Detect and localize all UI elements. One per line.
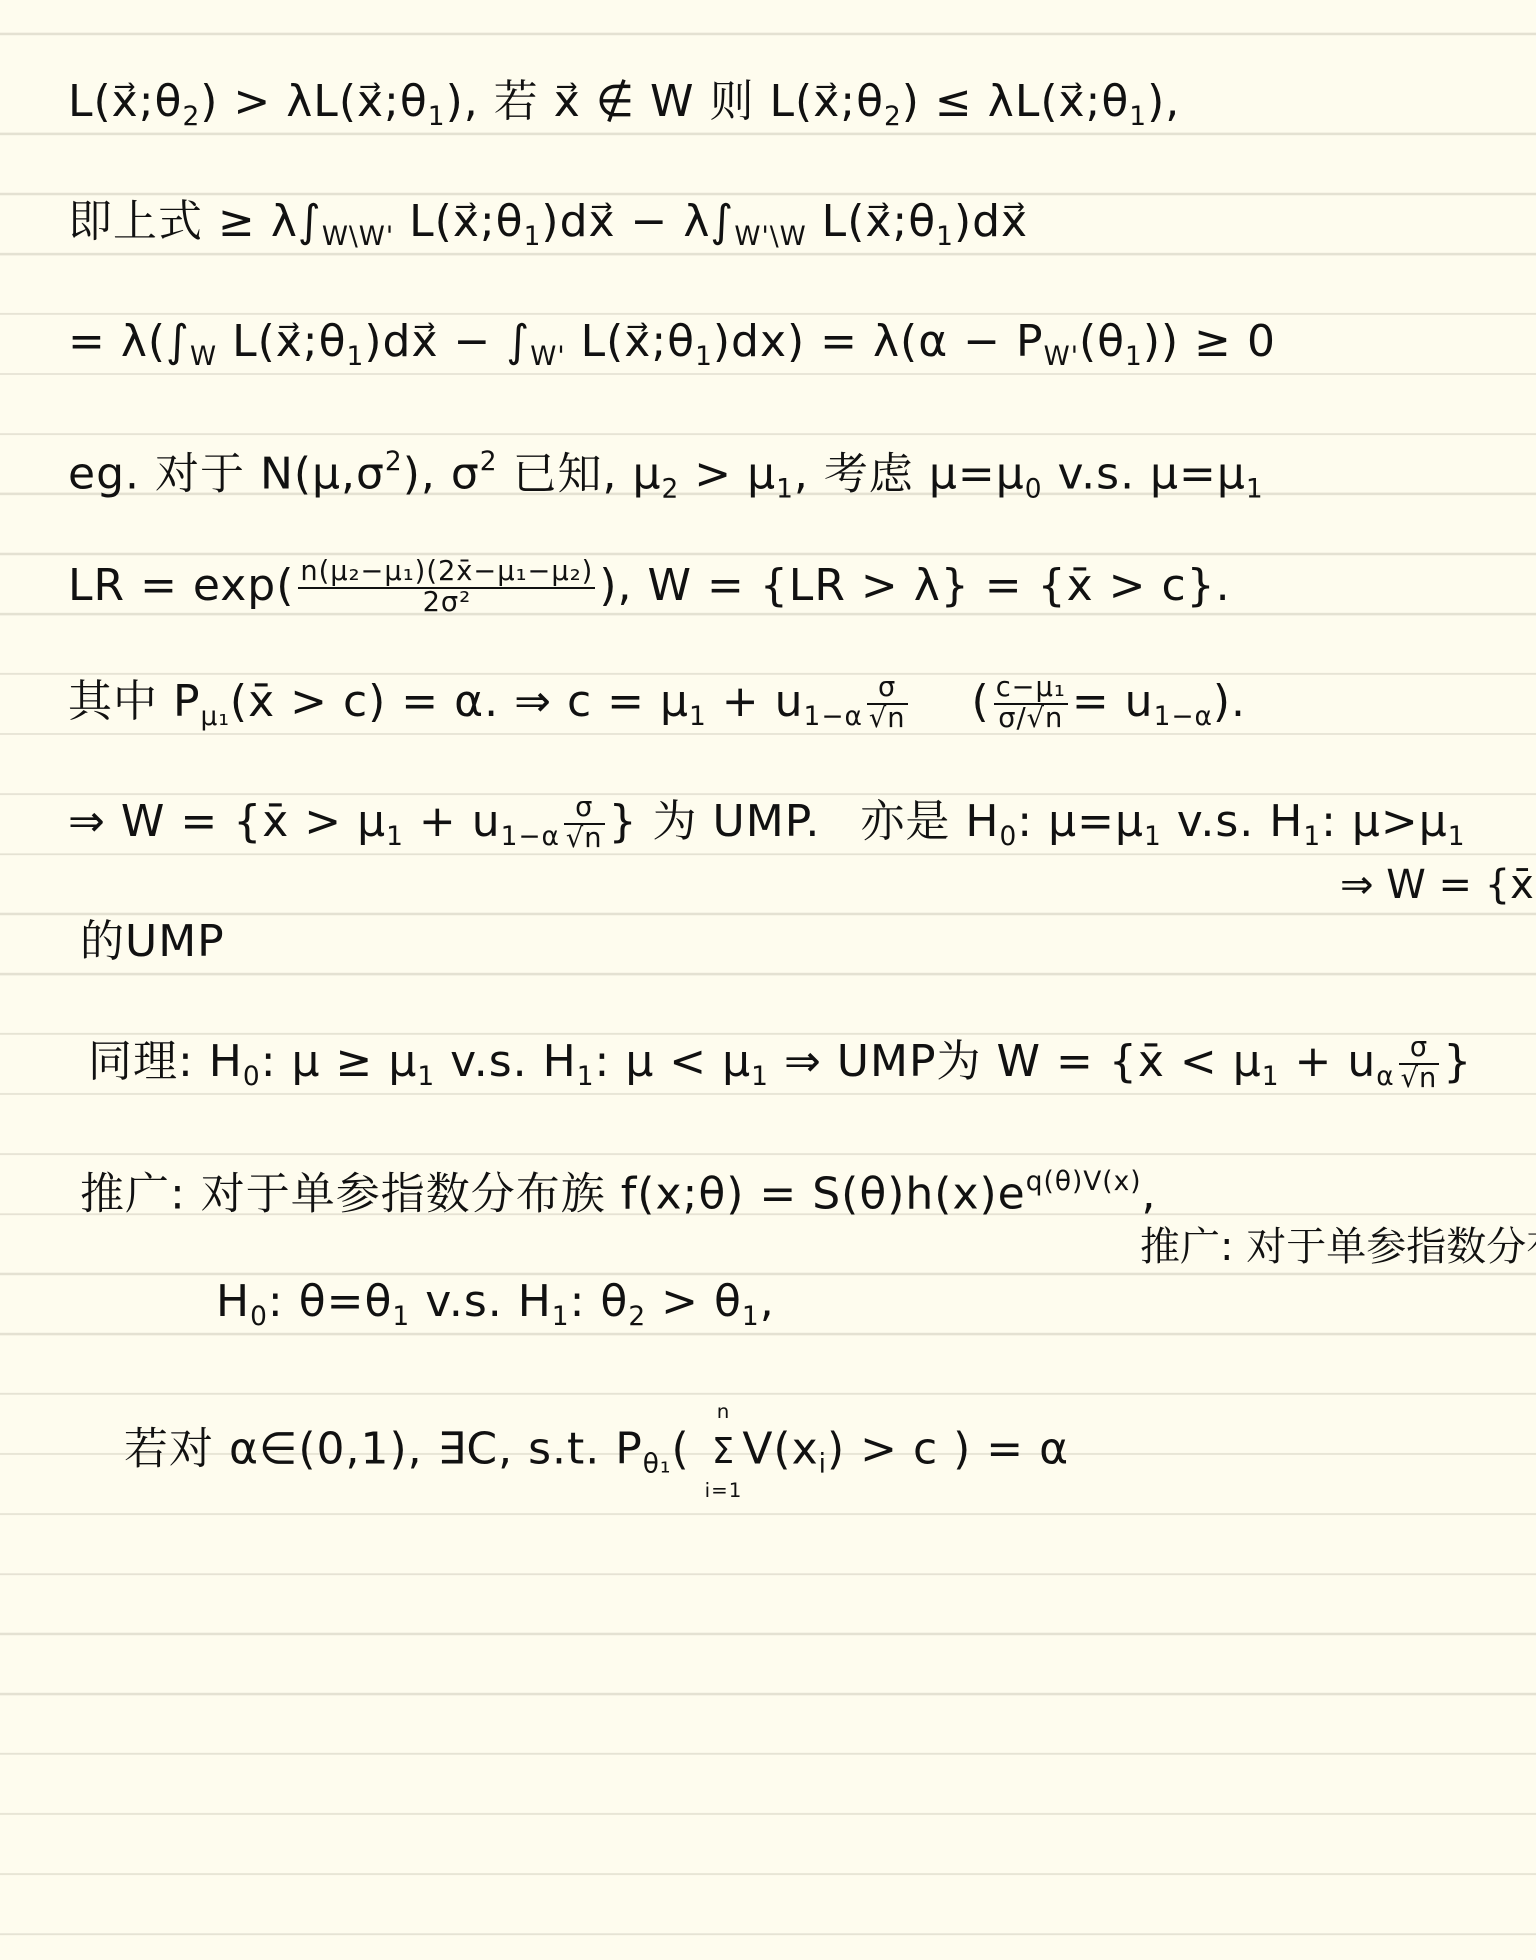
sum-upper-limit: n (717, 1392, 731, 1432)
note-line-9: 同理: H0: μ ≥ μ1 v.s. H1: μ < μ1 ⇒ UMP为 W … (88, 1032, 1472, 1107)
subscript: 1 (1448, 821, 1466, 852)
note-line-10-annotation: 推广: 对于单参指数分布族 f(x;θ) = S(θ)h(x)e^{q(θ)V(… (1140, 1222, 1536, 1272)
note-line-8: 的UMP (80, 912, 225, 972)
subscript: 2 (661, 474, 679, 505)
subscript: 2 (884, 101, 902, 132)
math-text: : θ (570, 1276, 629, 1327)
subscript: 0 (250, 1301, 268, 1332)
math-text: 同理: H (88, 1036, 243, 1087)
subscript: W' (1044, 341, 1079, 372)
subscript: 1 (386, 821, 404, 852)
math-text: : θ=θ (268, 1276, 393, 1327)
note-line-2: 即上式 ≥ λ∫W\W' L(x⃗;θ1)dx⃗ − λ∫W'\W L(x⃗;θ… (68, 192, 1028, 267)
note-line-1: L(x⃗;θ2) > λL(x⃗;θ1), 若 x⃗ ∉ W 则 L(x⃗;θ2… (68, 72, 1180, 147)
math-text: ( (672, 1423, 705, 1474)
math-text: L(x⃗;θ (68, 76, 182, 127)
math-text: v.s. μ=μ (1043, 448, 1246, 499)
math-text: : μ < μ (595, 1036, 752, 1087)
integral-domain: W\W' (322, 221, 394, 252)
math-text: )) ≥ 0 (1143, 316, 1276, 367)
subscript: 2 (182, 101, 200, 132)
math-text: > θ (646, 1276, 742, 1327)
math-text: , 考虑 μ=μ (794, 448, 1025, 499)
note-line-4: eg. 对于 N(μ,σ2), σ2 已知, μ2 > μ1, 考虑 μ=μ0 … (68, 432, 1264, 520)
math-text: L(x⃗;θ (217, 316, 346, 367)
denominator: √n (1399, 1065, 1440, 1094)
subscript: 1 (417, 1061, 435, 1092)
math-text: v.s. H (1162, 796, 1304, 847)
numerator: σ (564, 794, 605, 825)
math-text: 若对 α∈(0,1), ∃C, s.t. P (124, 1423, 643, 1474)
math-text: = u (1072, 676, 1154, 727)
math-text: + u (404, 796, 501, 847)
subscript: 1 (1246, 474, 1264, 505)
math-text: L(x⃗;θ (566, 316, 695, 367)
math-text: 推广: 对于单参指数分布族 f(x;θ) = S(θ)h(x)e (80, 1168, 1026, 1219)
subscript: 1 (936, 221, 954, 252)
math-text: ( (972, 676, 990, 727)
subscript: 1 (689, 701, 707, 732)
math-text: ), σ (403, 448, 480, 499)
math-text: , (760, 1276, 775, 1327)
math-text: , (1142, 1168, 1157, 1219)
fraction: n(μ₂−μ₁)(2x̄−μ₁−μ₂)2σ² (298, 558, 595, 617)
math-text: + u (707, 676, 804, 727)
subscript: i (819, 1449, 827, 1480)
ruled-paper-background (0, 0, 1536, 1960)
math-text: ), W = {LR > λ} = {x̄ > c}. (599, 560, 1230, 611)
math-text: (θ (1079, 316, 1125, 367)
math-text: : μ ≥ μ (261, 1036, 418, 1087)
note-line-12: 若对 α∈(0,1), ∃C, s.t. Pθ₁( nΣi=1V(xi) > c… (124, 1392, 1069, 1511)
superscript: 2 (480, 446, 498, 477)
math-text: : μ>μ (1321, 796, 1448, 847)
note-line-5: LR = exp(n(μ₂−μ₁)(2x̄−μ₁−μ₂)2σ²), W = {L… (68, 556, 1231, 618)
note-line-7-continuation: ⇒ W = {x̄ > μ₁ + u_{1−α} σ/√n} 为 UMP. 亦是… (1340, 860, 1536, 910)
math-text: ) > λL(x⃗;θ (200, 76, 428, 127)
subscript: 1 (742, 1301, 760, 1332)
math-text: + u (1280, 1036, 1377, 1087)
sum-lower-limit: i=1 (705, 1471, 743, 1511)
subscript: 1 (524, 221, 542, 252)
subscript: 1 (1144, 821, 1162, 852)
math-text: ), (1147, 76, 1180, 127)
integral-domain: W'\W (734, 221, 806, 252)
fraction: σ√n (1399, 1034, 1440, 1093)
subscript: 1−α (1154, 701, 1213, 732)
math-text: ) > c ) = α (827, 1423, 1069, 1474)
math-text: v.s. H (435, 1036, 577, 1087)
superscript: 2 (385, 446, 403, 477)
subscript: 1 (552, 1301, 570, 1332)
math-text: ). (1213, 676, 1246, 727)
denominator: √n (564, 825, 605, 854)
subscript: 1 (392, 1301, 410, 1332)
subscript: 1 (428, 101, 446, 132)
fraction: σ√n (867, 674, 908, 733)
subscript: 0 (243, 1061, 261, 1092)
denominator: σ/√n (994, 705, 1068, 734)
math-text: ) ≤ λL(x⃗;θ (902, 76, 1130, 127)
math-text: ⇒ UMP为 W = {x̄ < μ (769, 1036, 1262, 1087)
summation: nΣi=1 (705, 1392, 743, 1511)
subscript: 1 (577, 1061, 595, 1092)
math-text: ⇒ W = {x̄ > μ (68, 796, 386, 847)
math-text: } (1443, 1036, 1472, 1087)
math-text: (x̄ > c) = α. ⇒ c = μ (230, 676, 689, 727)
math-text: eg. 对于 N(μ,σ (68, 448, 385, 499)
subscript: α (1376, 1061, 1394, 1092)
subscript: μ₁ (201, 701, 230, 732)
note-line-3: = λ(∫W L(x⃗;θ1)dx⃗ − ∫W' L(x⃗;θ1)dx) = λ… (68, 312, 1276, 387)
math-text: } 为 UMP. (609, 796, 821, 847)
math-text: = λ(∫ (68, 316, 190, 367)
numerator: σ (867, 674, 908, 705)
integral-domain: W (190, 341, 217, 372)
subscript: 1 (1129, 101, 1147, 132)
math-text: L(x⃗;θ (807, 196, 936, 247)
math-text: > μ (679, 448, 776, 499)
math-text: V(x (742, 1423, 818, 1474)
math-text: H (216, 1276, 250, 1327)
note-line-11: H0: θ=θ1 v.s. H1: θ2 > θ1, (216, 1272, 775, 1347)
math-text: )dx⃗ − λ∫ (541, 196, 734, 247)
math-text: 已知, μ (498, 448, 662, 499)
subscript: 1 (1125, 341, 1143, 372)
math-text: )dx⃗ − ∫ (364, 316, 530, 367)
math-text: v.s. H (410, 1276, 552, 1327)
subscript: 1 (1262, 1061, 1280, 1092)
fraction: σ√n (564, 794, 605, 853)
note-line-7: ⇒ W = {x̄ > μ1 + u1−ασ√n} 为 UMP.亦是 H0: μ… (68, 792, 1466, 867)
denominator: 2σ² (298, 589, 595, 618)
math-text: : μ=μ (1017, 796, 1144, 847)
fraction: c−μ₁σ/√n (994, 674, 1068, 733)
integral-domain: W' (530, 341, 565, 372)
subscript: 0 (1025, 474, 1043, 505)
subscript: 1 (1303, 821, 1321, 852)
note-line-6: 其中 Pμ₁(x̄ > c) = α. ⇒ c = μ1 + u1−ασ√n(c… (68, 672, 1246, 747)
math-text: 即上式 ≥ λ∫ (68, 196, 322, 247)
math-text: )dx⃗ (954, 196, 1028, 247)
note-line-10: 推广: 对于单参指数分布族 f(x;θ) = S(θ)h(x)eq(θ)V(x)… (80, 1152, 1157, 1224)
math-text: LR = exp( (68, 560, 294, 611)
subscript: θ₁ (643, 1449, 672, 1480)
sum-symbol: Σ (712, 1432, 735, 1472)
math-text: 其中 P (68, 676, 201, 727)
subscript: 1 (776, 474, 794, 505)
superscript: q(θ)V(x) (1026, 1166, 1142, 1197)
subscript: 1 (347, 341, 365, 372)
math-text: )dx) = λ(α − P (713, 316, 1044, 367)
numerator: n(μ₂−μ₁)(2x̄−μ₁−μ₂) (298, 558, 595, 589)
numerator: c−μ₁ (994, 674, 1068, 705)
subscript: 1 (751, 1061, 769, 1092)
math-text: L(x⃗;θ (394, 196, 523, 247)
math-text: 亦是 H (860, 796, 999, 847)
denominator: √n (867, 705, 908, 734)
subscript: 1−α (501, 821, 560, 852)
numerator: σ (1399, 1034, 1440, 1065)
math-text: ), 若 x⃗ ∉ W 则 L(x⃗;θ (446, 76, 884, 127)
subscript: 1−α (804, 701, 863, 732)
subscript: 2 (628, 1301, 646, 1332)
subscript: 0 (999, 821, 1017, 852)
subscript: 1 (695, 341, 713, 372)
